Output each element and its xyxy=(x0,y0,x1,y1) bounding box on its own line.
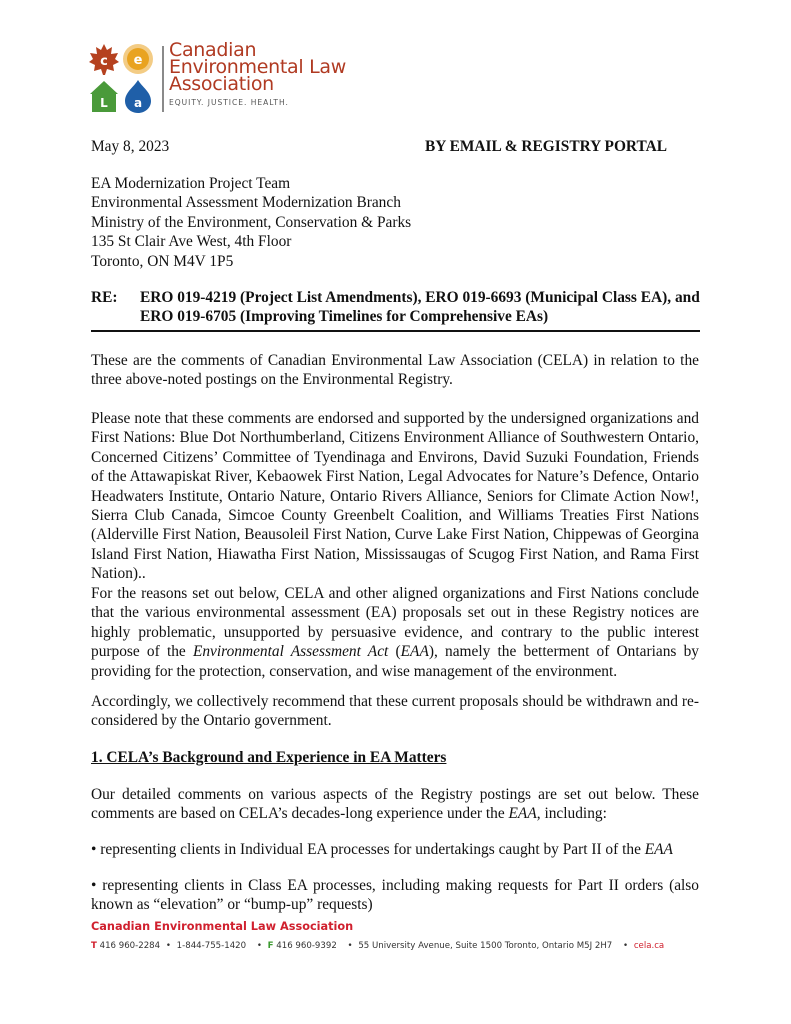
address-line: Toronto, ON M4V 1P5 xyxy=(91,252,699,271)
svg-text:a: a xyxy=(134,96,142,110)
website-link[interactable]: cela.ca xyxy=(634,941,664,951)
svg-text:e: e xyxy=(134,53,143,68)
separator: • xyxy=(166,941,171,951)
fax-number: 416 960-9392 xyxy=(276,941,337,951)
bullet-item: • representing clients in Individual EA … xyxy=(91,840,699,859)
re-text: ERO 019-4219 (Project List Amendments), … xyxy=(140,288,700,327)
cela-logo: c e L a Canadian Environmental Law As xyxy=(89,42,349,118)
address-line: 135 St Clair Ave West, 4th Floor xyxy=(91,232,699,251)
re-label: RE: xyxy=(91,288,118,307)
letter-date: May 8, 2023 xyxy=(91,138,169,155)
logo-divider xyxy=(162,46,164,112)
text-span: , including: xyxy=(537,805,607,822)
paragraph-experience: Our detailed comments on various aspects… xyxy=(91,785,699,824)
text-span: ( xyxy=(388,643,400,660)
act-abbreviation: EAA xyxy=(645,841,673,858)
logo-icon-grid: c e L a xyxy=(89,42,155,114)
delivery-method: BY EMAIL & REGISTRY PORTAL xyxy=(425,138,667,156)
svg-text:c: c xyxy=(100,54,108,69)
act-abbreviation: EAA xyxy=(401,643,429,660)
date-line: May 8, 2023 BY EMAIL & REGISTRY PORTAL xyxy=(91,138,699,156)
svg-text:L: L xyxy=(100,96,108,110)
footer-organization: Canadian Environmental Law Association xyxy=(91,920,353,933)
text-span: • representing clients in Individual EA … xyxy=(91,841,645,858)
office-address: 55 University Avenue, Suite 1500 Toronto… xyxy=(358,941,612,951)
text-span: Our detailed comments on various aspects… xyxy=(91,786,699,822)
act-abbreviation: EAA xyxy=(509,805,537,822)
section-heading: 1. CELA’s Background and Experience in E… xyxy=(91,748,699,767)
paragraph-recommendation: Accordingly, we collectively recommend t… xyxy=(91,692,699,731)
sun-icon: e xyxy=(123,44,153,74)
address-line: Environmental Assessment Modernization B… xyxy=(91,193,699,212)
logo-tagline: EQUITY. JUSTICE. HEALTH. xyxy=(169,98,346,107)
fax-label: F xyxy=(268,941,274,951)
logo-line-3: Association xyxy=(169,76,346,93)
subject-line: RE: ERO 019-4219 (Project List Amendment… xyxy=(91,288,700,332)
toll-free-number: 1-844-755-1420 xyxy=(177,941,246,951)
paragraph-endorsements: Please note that these comments are endo… xyxy=(91,409,699,584)
separator: • xyxy=(257,941,262,951)
address-line: EA Modernization Project Team xyxy=(91,174,699,193)
separator: • xyxy=(348,941,353,951)
act-title: Environmental Assessment Act xyxy=(193,643,388,660)
recipient-address: EA Modernization Project Team Environmen… xyxy=(91,174,699,271)
logo-wordmark: Canadian Environmental Law Association E… xyxy=(169,42,346,107)
water-drop-icon: a xyxy=(125,80,151,113)
separator: • xyxy=(623,941,628,951)
footer-contact: T 416 960-2284 • 1-844-755-1420 • F 416 … xyxy=(91,941,664,951)
bullet-item: • representing clients in Class EA proce… xyxy=(91,876,699,915)
phone-number: 416 960-2284 xyxy=(100,941,161,951)
phone-label: T xyxy=(91,941,97,951)
address-line: Ministry of the Environment, Conservatio… xyxy=(91,213,699,232)
paragraph-intro: These are the comments of Canadian Envir… xyxy=(91,351,699,390)
house-icon: L xyxy=(90,81,118,112)
paragraph-conclusion: For the reasons set out below, CELA and … xyxy=(91,584,699,681)
maple-leaf-icon: c xyxy=(89,44,119,75)
section-heading-text: 1. CELA’s Background and Experience in E… xyxy=(91,749,446,766)
letter-page: c e L a Canadian Environmental Law As xyxy=(0,0,791,1024)
